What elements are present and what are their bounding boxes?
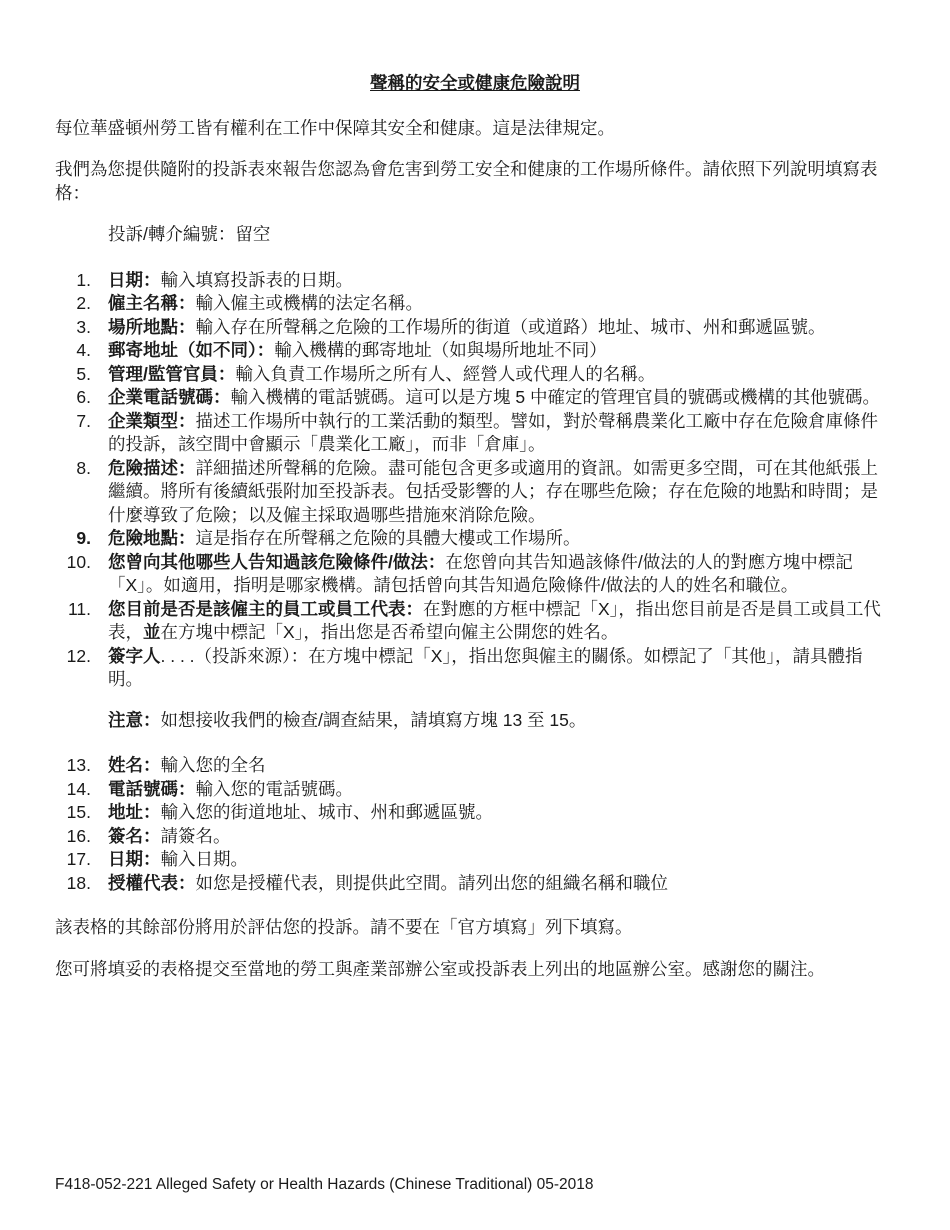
intro-paragraph-2: 我們為您提供隨附的投訴表來報告您認為會危害到勞工安全和健康的工作場所條件。請依照… [55,158,895,205]
instruction-item: 14.電話號碼：輸入您的電話號碼。 [55,778,895,802]
instruction-item: 18.授權代表：如您是授權代表，則提供此空間。請列出您的組織名稱和職位 [55,872,895,896]
instructions-list-part2: 13.姓名：輸入您的全名14.電話號碼：輸入您的電話號碼。15.地址：輸入您的街… [55,754,895,895]
instruction-item: 12.簽字人. . . .（投訴來源）：在方塊中標記「X」，指出您與僱主的關係。… [55,645,895,692]
item-text: 授權代表：如您是授權代表，則提供此空間。請列出您的組織名稱和職位 [108,873,668,893]
item-text: 電話號碼：輸入您的電話號碼。 [108,779,353,799]
item-number: 17. [55,848,91,872]
item-text: 姓名：輸入您的全名 [108,755,266,775]
item-number: 7. [55,410,91,434]
instruction-item: 8.危險描述：詳細描述所聲稱的危險。盡可能包含更多或適用的資訊。如需更多空間，可… [55,457,895,528]
instruction-item: 2.僱主名稱：輸入僱主或機構的法定名稱。 [55,292,895,316]
item-number: 13. [55,754,91,778]
item-text: 簽字人. . . .（投訴來源）：在方塊中標記「X」，指出您與僱主的關係。如標記… [108,646,862,690]
document-title: 聲稱的安全或健康危險說明 [55,72,895,96]
instruction-item: 7.企業類型：描述工作場所中執行的工業活動的類型。譬如，對於聲稱農業化工廠中存在… [55,410,895,457]
item-text: 簽名：請簽名。 [108,826,231,846]
instruction-item: 11.您目前是否是該僱主的員工或員工代表：在對應的方框中標記「X」，指出您目前是… [55,598,895,645]
item-number: 4. [55,339,91,363]
item-text: 僱主名稱：輸入僱主或機構的法定名稱。 [108,293,423,313]
item-text: 日期：輸入填寫投訴表的日期。 [108,270,353,290]
item-text: 您目前是否是該僱主的員工或員工代表：在對應的方框中標記「X」，指出您目前是否是員… [108,599,881,643]
item-number: 11. [55,598,91,622]
instruction-item: 16.簽名：請簽名。 [55,825,895,849]
item-text: 危險地點：這是指存在所聲稱之危險的具體大樓或工作場所。 [108,528,581,548]
item-number: 1. [55,269,91,293]
item-number: 8. [55,457,91,481]
item-number: 10. [55,551,91,575]
item-number: 15. [55,801,91,825]
instruction-item: 6.企業電話號碼：輸入機構的電話號碼。這可以是方塊 5 中確定的管理官員的號碼或… [55,386,895,410]
item-text: 企業類型：描述工作場所中執行的工業活動的類型。譬如，對於聲稱農業化工廠中存在危險… [108,411,878,455]
document-page: 聲稱的安全或健康危險說明 每位華盛頓州勞工皆有權利在工作中保障其安全和健康。這是… [0,0,950,1230]
item-number: 18. [55,872,91,896]
instruction-item: 10.您曾向其他哪些人告知過該危險條件/做法：在您曾向其告知過該條件/做法的人的… [55,551,895,598]
intro-paragraph-1: 每位華盛頓州勞工皆有權利在工作中保障其安全和健康。這是法律規定。 [55,117,895,141]
item-text: 您曾向其他哪些人告知過該危險條件/做法：在您曾向其告知過該條件/做法的人的對應方… [108,552,853,596]
item-number: 9. [55,527,91,551]
item-text: 地址：輸入您的街道地址、城市、州和郵遞區號。 [108,802,493,822]
note-text: 如想接收我們的檢查/調查結果，請填寫方塊 13 至 15。 [161,710,587,730]
item-text: 危險描述：詳細描述所聲稱的危險。盡可能包含更多或適用的資訊。如需更多空間，可在其… [108,458,878,525]
item-text: 管理/監管官員：輸入負責工作場所之所有人、經營人或代理人的名稱。 [108,364,655,384]
closing-paragraph-2: 您可將填妥的表格提交至當地的勞工與產業部辦公室或投訴表上列出的地區辦公室。感謝您… [55,958,895,982]
item-number: 16. [55,825,91,849]
note-label: 注意： [108,710,161,730]
instruction-item: 3.場所地點：輸入存在所聲稱之危險的工作場所的街道（或道路）地址、城市、州和郵遞… [55,316,895,340]
item-text: 場所地點：輸入存在所聲稱之危險的工作場所的街道（或道路）地址、城市、州和郵遞區號… [108,317,826,337]
item-text: 企業電話號碼：輸入機構的電話號碼。這可以是方塊 5 中確定的管理官員的號碼或機構… [108,387,880,407]
instruction-item: 4.郵寄地址（如不同）：輸入機構的郵寄地址（如與場所地址不同） [55,339,895,363]
item-number: 3. [55,316,91,340]
closing-paragraph-1: 該表格的其餘部份將用於評估您的投訴。請不要在「官方填寫」列下填寫。 [55,916,895,940]
item-number: 14. [55,778,91,802]
item-number: 5. [55,363,91,387]
item-text: 郵寄地址（如不同）：輸入機構的郵寄地址（如與場所地址不同） [108,340,607,360]
instruction-item: 9.危險地點：這是指存在所聲稱之危險的具體大樓或工作場所。 [55,527,895,551]
note-line: 注意：如想接收我們的檢查/調查結果，請填寫方塊 13 至 15。 [55,709,895,733]
item-number: 12. [55,645,91,669]
instruction-item: 1.日期：輸入填寫投訴表的日期。 [55,269,895,293]
footer-form-number: F418-052-221 Alleged Safety or Health Ha… [55,1175,594,1194]
referral-number-line: 投訴/轉介編號：留空 [55,223,895,247]
item-number: 6. [55,386,91,410]
instruction-item: 5.管理/監管官員：輸入負責工作場所之所有人、經營人或代理人的名稱。 [55,363,895,387]
item-number: 2. [55,292,91,316]
instructions-list-part1: 1.日期：輸入填寫投訴表的日期。2.僱主名稱：輸入僱主或機構的法定名稱。3.場所… [55,269,895,692]
item-text: 日期：輸入日期。 [108,849,248,869]
instruction-item: 17.日期：輸入日期。 [55,848,895,872]
instruction-item: 13.姓名：輸入您的全名 [55,754,895,778]
instruction-item: 15.地址：輸入您的街道地址、城市、州和郵遞區號。 [55,801,895,825]
